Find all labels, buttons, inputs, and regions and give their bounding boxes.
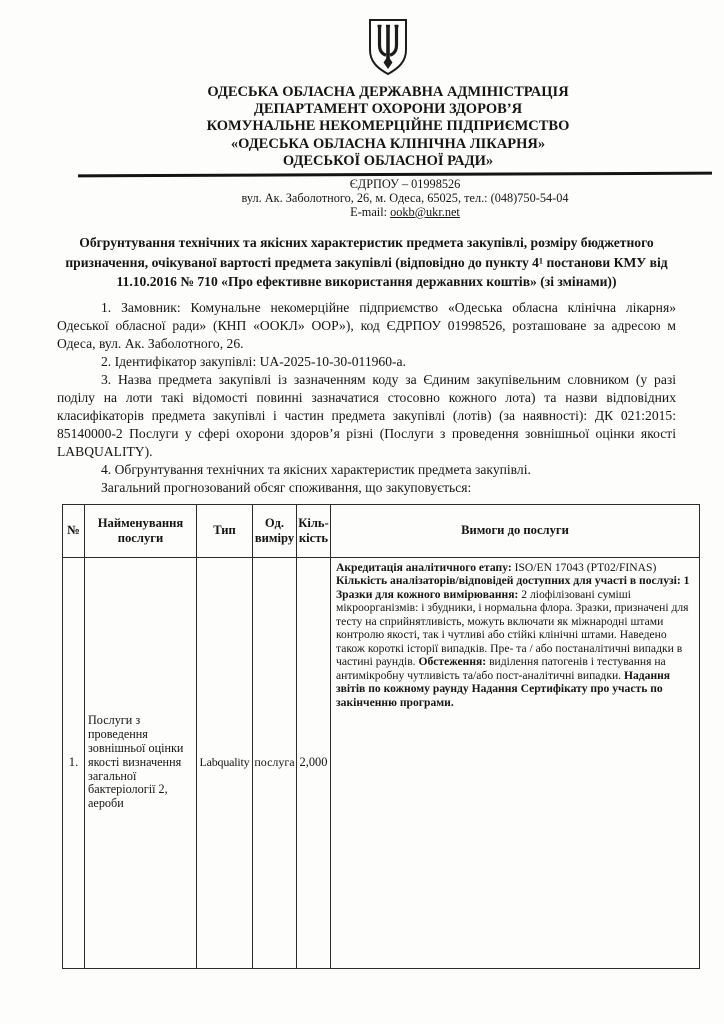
- org-line-administration: ОДЕСЬКА ОБЛАСНА ДЕРЖАВНА АДМІНІСТРАЦІЯ: [68, 84, 708, 101]
- contact-block: ЄДРПОУ – 01998526 вул. Ак. Заболотного, …: [85, 178, 724, 219]
- col-header-service-name: Найменування послуги: [85, 504, 197, 557]
- col-header-type: Тип: [197, 504, 253, 557]
- document-title: Обгрунтування технічних та якісних харак…: [57, 233, 676, 291]
- col-header-number: №: [63, 504, 85, 557]
- table-header-row: № Найменування послуги Тип Од. виміру Кі…: [63, 504, 700, 557]
- edrpou-line: ЄДРПОУ – 01998526: [85, 178, 724, 192]
- cell-type: Labquality: [197, 557, 253, 968]
- cell-service-name: Послуги з проведення зовнішньої оцінки я…: [85, 557, 197, 968]
- paragraph-subject-name: 3. Назва предмета закупівлі із зазначенн…: [57, 371, 676, 461]
- email-label: E-mail:: [350, 205, 390, 219]
- paragraph-total-volume: Загальний прогнозований обсяг споживання…: [57, 479, 676, 497]
- emblem-wrap: [68, 0, 708, 80]
- email-line: E-mail: ookb@ukr.net: [85, 206, 724, 220]
- paragraph-procurement-id: 2. Ідентифікатор закупівлі: UA-2025-10-3…: [57, 353, 676, 371]
- org-line-council: ОДЕСЬКОЇ ОБЛАСНОЇ РАДИ»: [68, 153, 708, 170]
- col-header-requirements: Вимоги до послуги: [331, 504, 700, 557]
- org-line-department: ДЕПАРТАМЕНТ ОХОРОНИ ЗДОРОВ’Я: [68, 101, 708, 118]
- address-line: вул. Ак. Заболотного, 26, м. Одеса, 6502…: [85, 192, 724, 206]
- email-link[interactable]: ookb@ukr.net: [390, 205, 460, 219]
- cell-requirements: Акредитація аналітичного етапу: ISO/EN 1…: [331, 557, 700, 968]
- col-header-unit: Од. виміру: [253, 504, 297, 557]
- ukraine-trident-emblem-icon: [365, 65, 411, 82]
- paragraph-justification: 4. Обгрунтування технічних та якісних ха…: [57, 461, 676, 479]
- table-row: 1. Послуги з проведення зовнішньої оцінк…: [63, 557, 700, 968]
- paragraph-customer: 1. Замовник: Комунальне некомерційне під…: [57, 299, 676, 353]
- cell-unit: послуга: [253, 557, 297, 968]
- org-name-block: ОДЕСЬКА ОБЛАСНА ДЕРЖАВНА АДМІНІСТРАЦІЯ Д…: [68, 84, 708, 170]
- org-line-enterprise: КОМУНАЛЬНЕ НЕКОМЕРЦІЙНЕ ПІДПРИЄМСТВО: [68, 118, 708, 135]
- org-line-hospital: «ОДЕСЬКА ОБЛАСНА КЛІНІЧНА ЛІКАРНЯ»: [68, 136, 708, 153]
- document-body: Обгрунтування технічних та якісних харак…: [57, 233, 676, 496]
- col-header-quantity: Кіль-кість: [297, 504, 331, 557]
- letterhead: ОДЕСЬКА ОБЛАСНА ДЕРЖАВНА АДМІНІСТРАЦІЯ Д…: [68, 0, 708, 170]
- procurement-table: № Найменування послуги Тип Од. виміру Кі…: [62, 504, 700, 969]
- cell-row-number: 1.: [63, 557, 85, 968]
- cell-quantity: 2,000: [297, 557, 331, 968]
- scanned-document-page: ОДЕСЬКА ОБЛАСНА ДЕРЖАВНА АДМІНІСТРАЦІЯ Д…: [0, 0, 724, 1024]
